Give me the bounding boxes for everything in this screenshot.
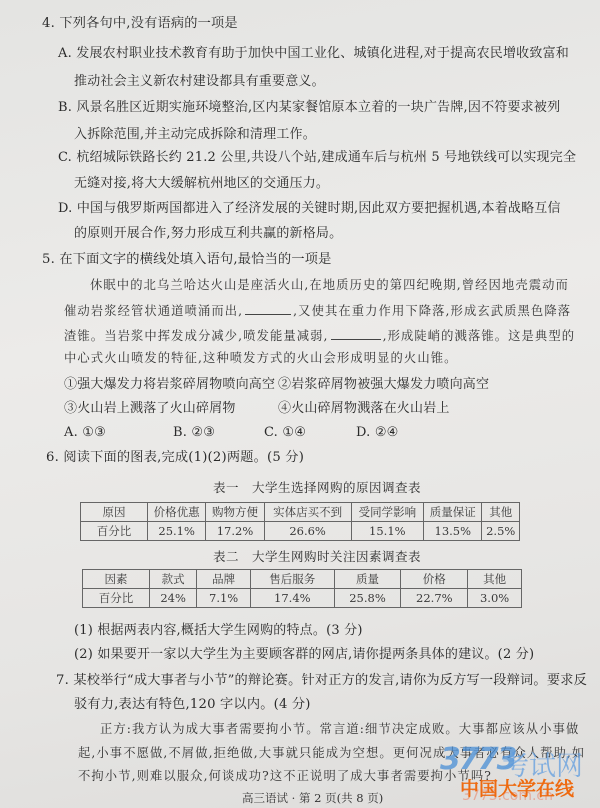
- table2-header-cell: 因素: [83, 570, 150, 589]
- table1-header-cell: 受同学影响: [351, 503, 424, 522]
- q5-choice-c: C. ①④: [264, 424, 306, 441]
- table2-value-cell: 24%: [150, 589, 197, 608]
- table2-value-cell: 25.8%: [334, 589, 401, 608]
- table2-header-cell: 质量: [334, 570, 401, 589]
- table1-value-cell: 25.1%: [148, 522, 206, 541]
- table1-header-cell: 其他: [482, 503, 520, 522]
- table2-value-cell: 百分比: [83, 589, 150, 608]
- table2-purchase-factors: 因素 款式 品牌 售后服务 质量 价格 其他 百分比 24% 7.1% 17.4…: [82, 569, 522, 608]
- q5-passage-line3-b: ,形成陡峭的溅落锥。这是典型的: [383, 329, 576, 343]
- table1-value-cell: 17.2%: [206, 522, 264, 541]
- q5-passage-line2-a: 催动岩浆经管状通道喷涌而出,: [64, 304, 243, 318]
- q4-option-a-line2: 推动社会主义新农村建设都具有重要意义。: [74, 73, 325, 90]
- watermark-org: 中国大学在线: [460, 774, 574, 801]
- q5-passage-line3: 渣锥。当岩浆中挥发成分减少,喷发能量减弱,,形成陡峭的溅落锥。这是典型的: [64, 327, 575, 345]
- table2-value-row: 百分比 24% 7.1% 17.4% 25.8% 22.7% 3.0%: [83, 589, 522, 608]
- q5-passage-line2: 催动岩浆经管状通道喷涌而出,,又使其在重力作用下降落,形成玄武质黑色降落: [64, 302, 571, 320]
- table2-value-cell: 22.7%: [401, 589, 468, 608]
- table2-header-cell: 款式: [150, 570, 197, 589]
- table2-title: 表二 大学生网购时关注因素调查表: [213, 547, 421, 565]
- table1-header-row: 原因 价格优惠 购物方便 实体店买不到 受同学影响 质量保证 其他: [81, 503, 520, 522]
- table2-header-cell: 其他: [468, 570, 522, 589]
- q4-option-c-line1: C. 杭绍城际铁路长约 21.2 公里,共设八个站,建成通车后与杭州 5 号地铁…: [58, 149, 576, 166]
- table1-value-cell: 2.5%: [482, 522, 520, 541]
- table2-value-cell: 7.1%: [197, 589, 251, 608]
- table1-purchase-reasons: 原因 价格优惠 购物方便 实体店买不到 受同学影响 质量保证 其他 百分比 25…: [80, 502, 520, 541]
- table1-header-cell: 原因: [81, 503, 148, 522]
- table2-header-cell: 价格: [401, 570, 468, 589]
- table2-value-cell: 17.4%: [251, 589, 335, 608]
- fill-blank-1: [245, 302, 291, 315]
- exam-page: 4. 下列各句中,没有语病的一项是 A. 发展农村职业技术教育有助于加快中国工业…: [0, 0, 600, 808]
- table1-header-cell: 质量保证: [424, 503, 482, 522]
- q5-statement-3: ③火山岩上溅落了火山碎屑物: [64, 400, 236, 417]
- table1-header-cell: 实体店买不到: [264, 503, 351, 522]
- table2-header-cell: 售后服务: [251, 570, 335, 589]
- table2-header-row: 因素 款式 品牌 售后服务 质量 价格 其他: [83, 570, 522, 589]
- q5-passage-line3-a: 渣锥。当岩浆中挥发成分减少,喷发能量减弱,: [64, 329, 329, 343]
- q6-subquestion-1: (1) 根据两表内容,概括大学生网购的特点。(3 分): [74, 622, 363, 639]
- q4-option-d-line2: 的原则开展合作,努力形成互利共赢的新格局。: [74, 225, 342, 242]
- table1-header-cell: 购物方便: [206, 503, 264, 522]
- fill-blank-2: [331, 327, 381, 340]
- q5-choice-a: A. ①③: [64, 424, 106, 441]
- q7-stem-line1: 7. 某校举行“成大事者与小节”的辩论赛。针对正方的发言,请你为反方写一段辩词。…: [56, 672, 587, 689]
- q5-choice-d: D. ②④: [356, 424, 399, 441]
- q6-stem: 6. 阅读下面的图表,完成(1)(2)两题。(5 分): [46, 449, 304, 466]
- q5-statement-4: ④火山碎屑物溅落在火山岩上: [278, 400, 450, 417]
- site-watermark: 3773 考试网 3773.com.cn 中国大学在线: [432, 742, 600, 808]
- q4-option-b-line1: B. 风景名胜区近期实施环境整治,区内某家餐馆原本立着的一块广告牌,因不符要求被…: [58, 99, 560, 116]
- table1-value-cell: 百分比: [81, 522, 148, 541]
- q5-statement-2: ②岩浆碎屑物被强大爆发力喷向高空: [278, 376, 489, 393]
- q4-option-c-line2: 无缝对接,将大大缓解杭州地区的交通压力。: [74, 175, 329, 192]
- table2-value-cell: 3.0%: [468, 589, 522, 608]
- table1-value-cell: 13.5%: [424, 522, 482, 541]
- q4-option-b-line2: 入拆除范围,并主动完成拆除和清理工作。: [74, 126, 316, 143]
- q5-choice-b: B. ②③: [173, 424, 215, 441]
- q7-passage-line3: 不拘小节,则难以服众,何谈成功?这不正说明了成大事者需要拘小节吗?: [78, 768, 492, 785]
- table1-title: 表一 大学生选择网购的原因调查表: [213, 478, 421, 496]
- q5-passage-line4: 中心式火山喷发的特征,这种喷发方式的火山会形成明显的火山锥。: [64, 350, 458, 367]
- table1-value-cell: 26.6%: [264, 522, 351, 541]
- table1-header-cell: 价格优惠: [148, 503, 206, 522]
- q5-stem: 5. 在下面文字的横线处填入语句,最恰当的一项是: [42, 251, 332, 268]
- q4-option-d-line1: D. 中国与俄罗斯两国都进入了经济发展的关键时期,因此双方要把握机遇,本着战略互…: [58, 200, 561, 217]
- table1-value-cell: 15.1%: [351, 522, 424, 541]
- page-footer: 高三语试 · 第 2 页(共 8 页): [242, 790, 383, 806]
- q7-stem-line2: 驳有力,表达有特色,120 字以内。(4 分): [74, 696, 311, 713]
- table2-header-cell: 品牌: [197, 570, 251, 589]
- q4-stem: 4. 下列各句中,没有语病的一项是: [42, 15, 238, 32]
- table1-value-row: 百分比 25.1% 17.2% 26.6% 15.1% 13.5% 2.5%: [81, 522, 520, 541]
- q6-subquestion-2: (2) 如果要开一家以大学生为主要顾客群的网店,请你提两条具体的建议。(2 分): [74, 646, 534, 663]
- q4-option-a-line1: A. 发展农村职业技术教育有助于加快中国工业化、城镇化进程,对于提高农民增收致富…: [58, 45, 569, 62]
- q5-passage-line2-b: ,又使其在重力作用下降落,形成玄武质黑色降落: [293, 304, 571, 318]
- q7-passage-line1: 正方:我方认为成大事者需要拘小节。常言道:细节决定成败。大事都应该从小事做: [100, 721, 579, 738]
- q5-statement-1: ①强大爆发力将岩浆碎屑物喷向高空: [64, 376, 275, 393]
- q5-passage-line1: 休眠中的北乌兰哈达火山是座活火山,在地质历史的第四纪晚期,曾经因地壳震动而: [90, 277, 569, 294]
